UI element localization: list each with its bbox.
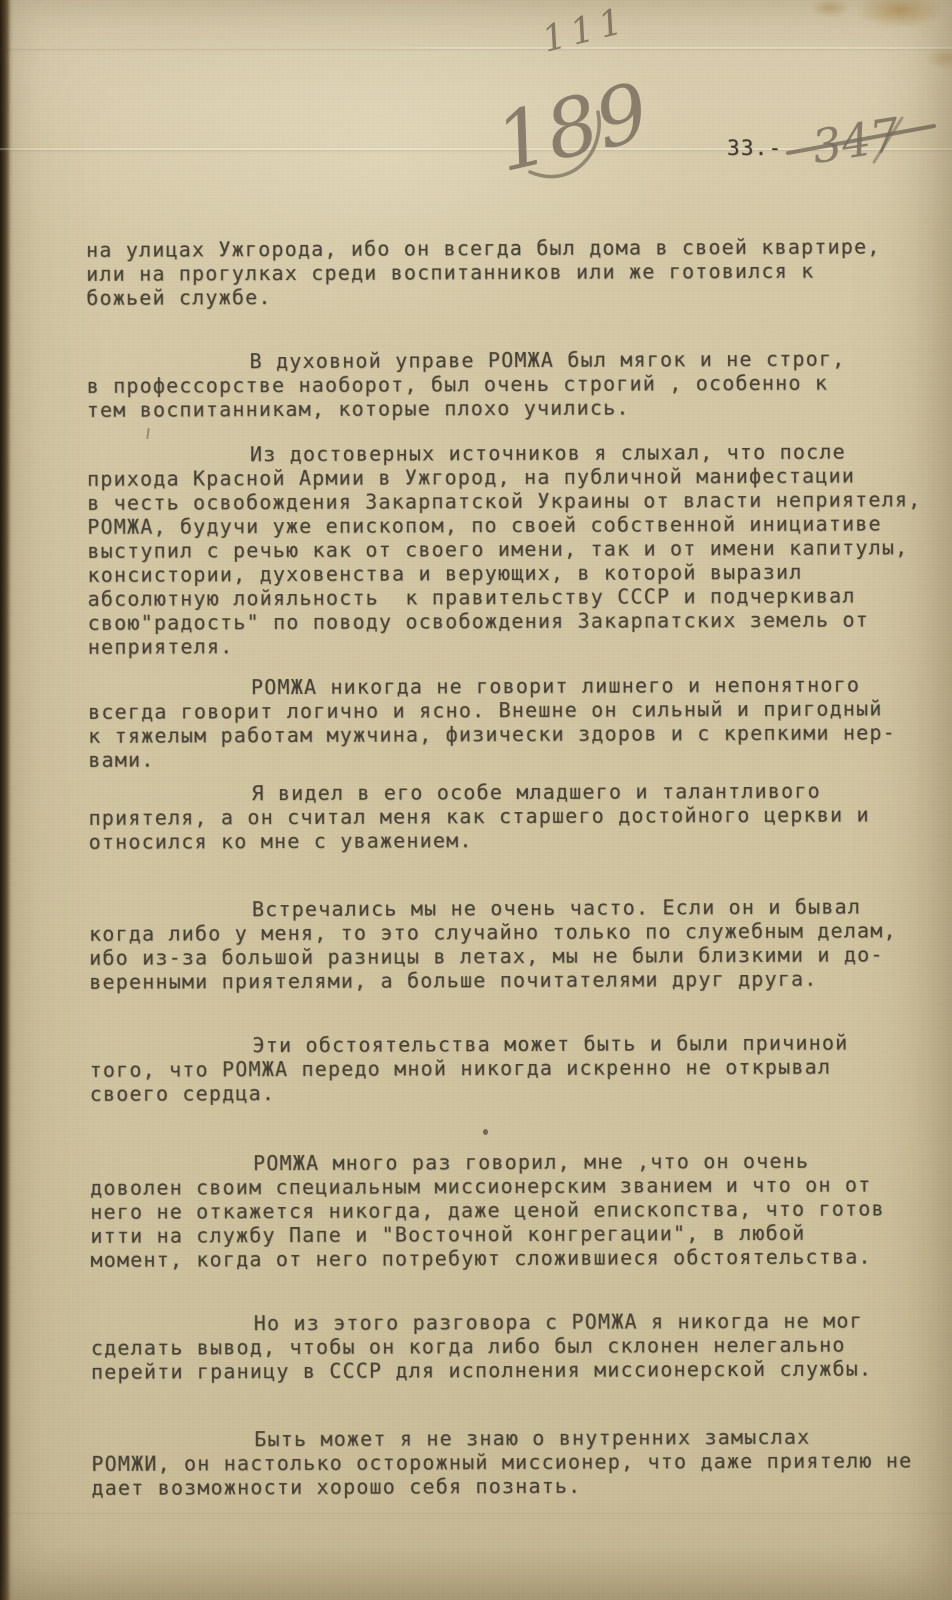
strike-through-line-2	[874, 118, 902, 162]
typed-paragraph: РОМЖА никогда не говорит лишнего и непон…	[88, 672, 952, 772]
typed-text-block: на улицах Ужгорода, ибо он всегда был до…	[85, 0, 949, 2]
typed-paragraph: на улицах Ужгорода, ибо он всегда был до…	[86, 234, 950, 310]
scanned-document-page: 111 189 347 33.- на улицах Ужгорода, ибо…	[0, 0, 952, 1600]
strike-through-line	[788, 126, 934, 153]
pencil-number-large: 189	[487, 65, 657, 190]
crossed-out-number: 347	[808, 107, 904, 174]
paper-left-edge-shadow	[0, 0, 13, 1600]
typed-page-number: 33.-	[727, 136, 782, 160]
typed-paragraph: Быть может я не знаю о внутренних замысл…	[91, 1424, 952, 1500]
paper-crease	[0, 148, 952, 150]
pencil-nine-tail-stroke	[530, 112, 599, 177]
typed-paragraph: Но из этого разговора с РОМЖА я никогда …	[91, 1308, 952, 1384]
pencil-number-top: 111	[538, 0, 632, 61]
typed-paragraph: Эти обстоятельства может быть и были при…	[90, 1030, 952, 1106]
typed-paragraph: РОМЖА много раз говорил, мне ,что он оче…	[90, 1148, 952, 1272]
typed-paragraph: В духовной управе РОМЖА был мягок и не с…	[87, 346, 951, 422]
typed-paragraph: Встречались мы не очень часто. Если он и…	[89, 894, 952, 994]
typed-paragraph: Я видел в его особе младшего и талантлив…	[88, 778, 952, 854]
stray-pen-tick	[146, 428, 150, 439]
paper-crease	[0, 47, 952, 49]
typed-paragraph: Из достоверных источников я слыхал, что …	[87, 439, 952, 659]
handwritten-annotations: 111 189 347	[0, 0, 952, 260]
stray-ink-dot	[483, 1129, 488, 1135]
paper-crease	[0, 1513, 952, 1514]
